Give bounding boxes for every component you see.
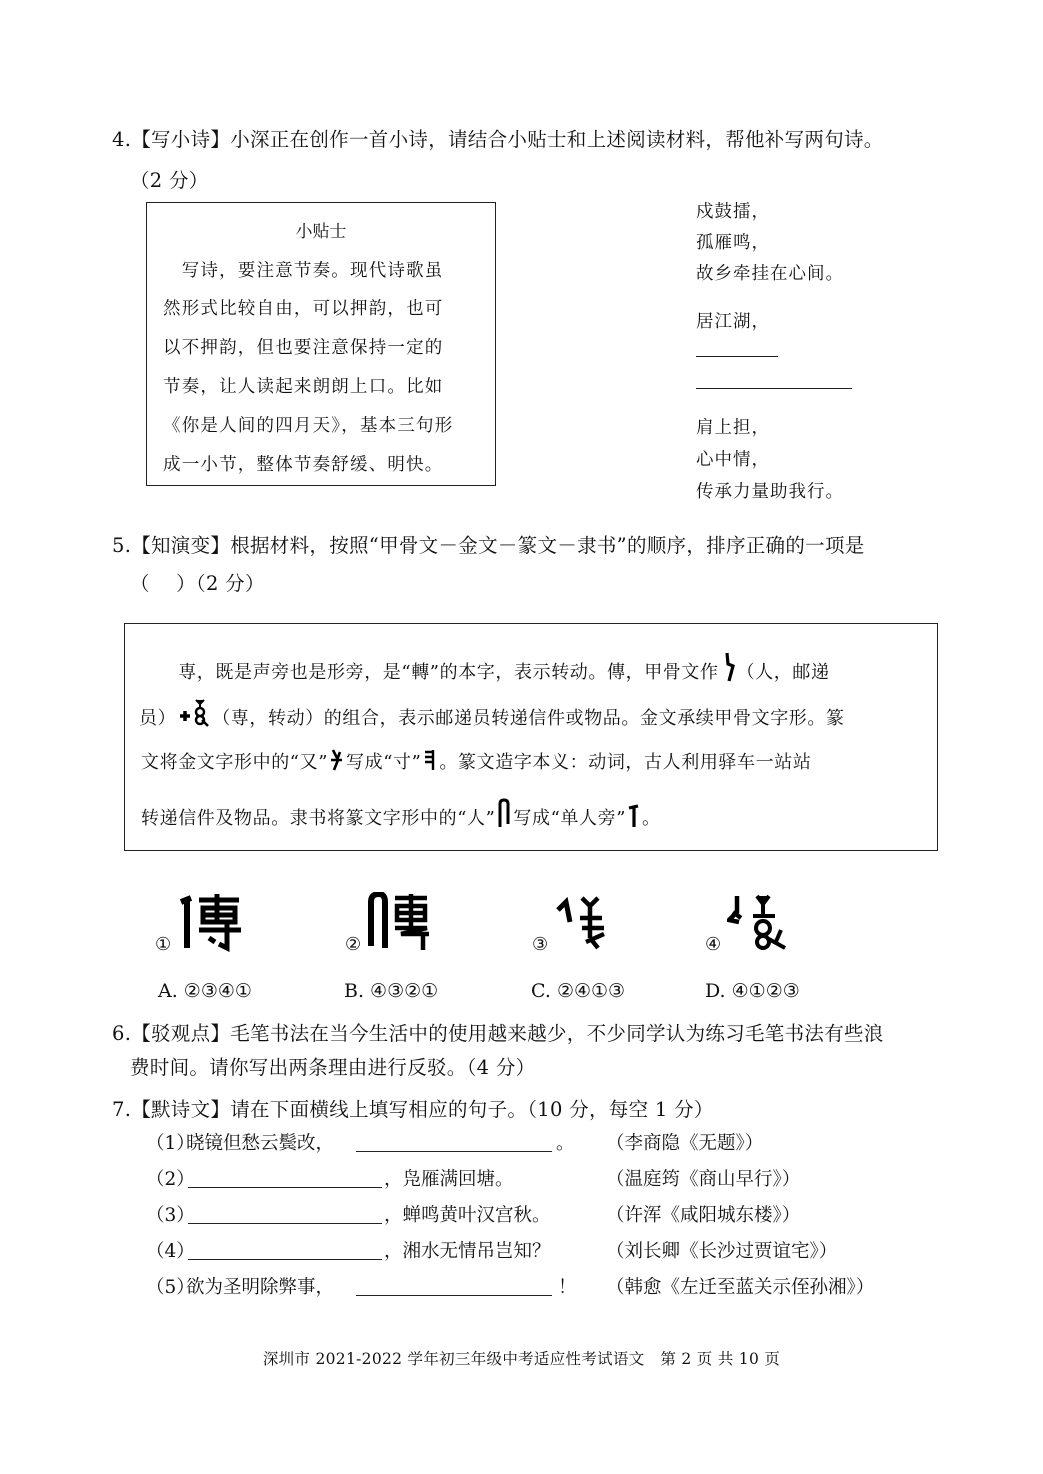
- item-after: 。: [556, 1129, 575, 1155]
- answer-blank[interactable]: [356, 1295, 552, 1296]
- poem-line: 戍鼓擂，: [696, 198, 770, 223]
- poem-line: 肩上担，: [696, 414, 770, 439]
- option-d[interactable]: D. ④①②③: [705, 980, 800, 1002]
- poem-line: 故乡牵挂在心间。: [696, 260, 844, 285]
- item-before: 晓镜但愁云鬓改，: [186, 1129, 334, 1155]
- poem-line: 传承力量助我行。: [696, 478, 844, 503]
- item-source: （许浑《咸阳城东楼》）: [606, 1201, 800, 1227]
- tips-title: 小贴士: [147, 217, 495, 242]
- figure-number: ②: [345, 934, 361, 955]
- cun-glyph-icon: [423, 748, 437, 777]
- option-b[interactable]: B. ④③②①: [344, 980, 438, 1002]
- material-text: 文将金文字形中的“又”: [141, 752, 328, 773]
- item-source: （温庭筠《商山早行》）: [606, 1165, 800, 1191]
- q5-stem: 5.【知演变】根据材料，按照“甲骨文－金文－篆文－隶书”的顺序，排序正确的一项是: [112, 530, 865, 558]
- item-source: （韩愈《左迁至蓝关示侄孙湘》）: [606, 1273, 874, 1299]
- item-source: （李商隐《无题》）: [606, 1129, 763, 1155]
- figure-number: ①: [155, 934, 171, 955]
- seal-ren-glyph-icon: [497, 798, 511, 833]
- material-text: 。: [642, 808, 661, 829]
- answer-blank[interactable]: [356, 1151, 552, 1152]
- item-after: ，蝉鸣黄叶汉宫秋。: [384, 1201, 551, 1227]
- material-text: 。篆文造字本义：动词，古人利用驿车一站站: [439, 752, 811, 773]
- page-footer: 深圳市 2021-2022 学年初三年级中考适应性考试语文 第 2 页 共 10…: [0, 1347, 1043, 1369]
- answer-blank[interactable]: [188, 1187, 382, 1188]
- oracle-ren-glyph-icon: [721, 652, 735, 687]
- answer-blank[interactable]: [188, 1259, 382, 1260]
- q4-score: （2 分）: [130, 165, 209, 193]
- oracle-fu-glyph-icon: [554, 892, 624, 952]
- figure-number: ④: [705, 934, 721, 955]
- seal-fu-glyph-icon: [367, 892, 437, 952]
- tips-line: 《你是人间的四月天》，基本三句形: [163, 412, 453, 437]
- option-c[interactable]: C. ②④①③: [531, 980, 625, 1002]
- danrenpang-glyph-icon: [628, 804, 640, 833]
- material-text: 写成“寸”: [346, 752, 421, 773]
- q6-stem-line1: 6.【驳观点】毛笔书法在当今生活中的使用越来越少，不少同学认为练习毛笔书法有些浪: [112, 1018, 884, 1046]
- option-a[interactable]: A. ②③④①: [158, 980, 252, 1002]
- figure-number: ③: [532, 934, 548, 955]
- poem-blank-2[interactable]: [696, 388, 852, 389]
- item-after: ！: [558, 1273, 577, 1299]
- material-text: 写成“单人旁”: [513, 808, 626, 829]
- item-source: （刘长卿《长沙过贾谊宅》）: [606, 1237, 837, 1263]
- q4-stem: 4.【写小诗】小深正在创作一首小诗，请结合小贴士和上述阅读材料，帮他补写两句诗。: [112, 124, 884, 152]
- lishu-fu-glyph-icon: [177, 892, 247, 952]
- answer-blank[interactable]: [188, 1223, 382, 1224]
- you-glyph-icon: [330, 748, 344, 777]
- material-text: 専，既是声旁也是形旁，是“轉”的本字，表示转动。傳，甲骨文作: [141, 662, 719, 683]
- q5-score: （ ）（2 分）: [130, 568, 265, 596]
- material-text: （専，转动）的组合，表示邮递员转递信件或物品。金文承续甲骨文字形。篆: [212, 708, 844, 729]
- poem-line: 孤雁鸣，: [696, 229, 770, 254]
- poem-line: 心中情，: [696, 446, 770, 471]
- tips-line: 以不押韵，但也要注意保持一定的: [163, 334, 444, 359]
- tips-line: 然形式比较自由，可以押韵，也可: [163, 295, 444, 320]
- material-text: （人，邮递: [737, 662, 830, 683]
- oracle-zhuan-glyph-icon: [178, 698, 210, 733]
- tips-line: 成一小节，整体节奏舒缓、明快。: [163, 451, 444, 476]
- poem-blank-1[interactable]: [696, 356, 778, 357]
- q7-stem: 7.【默诗文】请在下面横线上填写相应的句子。（10 分，每空 1 分）: [112, 1094, 714, 1122]
- poem-line: 居江湖，: [696, 308, 770, 333]
- material-text: 转递信件及物品。隶书将篆文字形中的“人”: [141, 808, 495, 829]
- item-before: 欲为圣明除弊事，: [186, 1273, 334, 1299]
- item-after: ，凫雁满回塘。: [384, 1165, 514, 1191]
- tips-line: 节奏，让人读起来朗朗上口。比如: [163, 373, 444, 398]
- tips-line: 写诗，要注意节奏。现代诗歌虽: [163, 257, 444, 282]
- bronze-fu-glyph-icon: [727, 892, 797, 952]
- item-after: ，湘水无情吊岂知？: [384, 1237, 551, 1263]
- material-box: 専，既是声旁也是形旁，是“轉”的本字，表示转动。傳，甲骨文作（人，邮递 员）（専…: [124, 623, 938, 851]
- tips-box: 小贴士 写诗，要注意节奏。现代诗歌虽 然形式比较自由，可以押韵，也可 以不押韵，…: [146, 202, 496, 486]
- material-text: 员）: [139, 708, 176, 729]
- q6-stem-line2: 费时间。请你写出两条理由进行反驳。（4 分）: [130, 1052, 535, 1080]
